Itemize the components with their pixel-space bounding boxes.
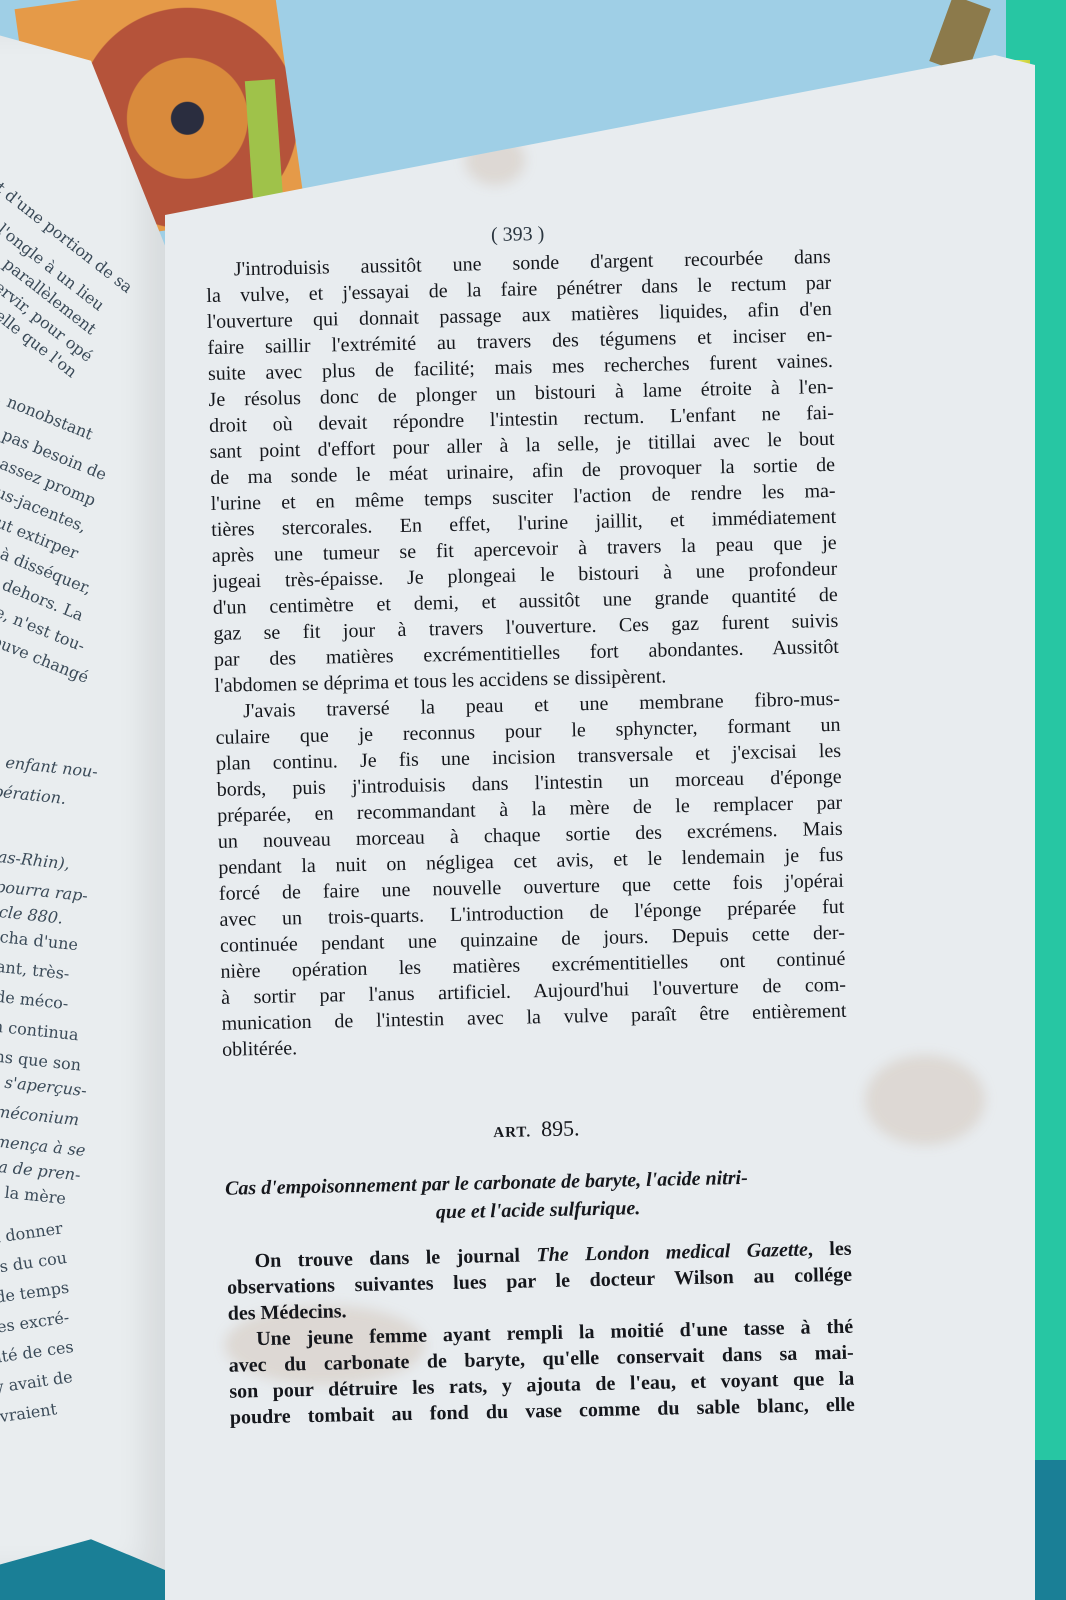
left-page-fragment: ntité de ces (0, 1337, 75, 1369)
paragraph-2: J'avais traversé la peau et une membrane… (215, 686, 847, 1063)
journal-title: The London medical Gazette (536, 1239, 808, 1267)
left-page-fragment: mmença à se (0, 1130, 86, 1160)
article-heading: ART.895. (224, 1110, 849, 1149)
left-page-fragment: eres excré- (0, 1308, 70, 1339)
left-page-fragment: nes du cou (0, 1248, 68, 1279)
article-number: 895. (541, 1115, 580, 1141)
left-page-fragment: un enfant nou- (0, 750, 99, 781)
left-page-fragment: n'y avait de (0, 1367, 74, 1399)
left-page-fragment: (Bas-Rhin), (0, 845, 71, 873)
left-page-fragment: n pourra rap- (0, 875, 89, 905)
article-label: ART. (493, 1124, 531, 1141)
left-page-fragment: ue la mère (0, 1180, 67, 1208)
left-page-fragment: usa de pren- (0, 1155, 81, 1184)
left-page-fragment: u méconium (0, 1100, 80, 1129)
left-page-text: nt d'une portion de sar l'ongle à un lie… (0, 30, 140, 1530)
foxing-stain (865, 1055, 985, 1145)
paragraph-4: Une jeune femme ayant rempli la moitié d… (228, 1314, 855, 1431)
left-page-fragment: lui donner (0, 1219, 64, 1249)
left-page-fragment: Opération. (0, 780, 67, 808)
left-page: nt d'une portion de sar l'ongle à un lie… (0, 30, 165, 1570)
left-page-fragment: u de temps (0, 1278, 70, 1309)
left-page-fragment: ouvraient (0, 1399, 58, 1429)
paragraph-3: On trouve dans le journal The London med… (226, 1236, 852, 1327)
left-page-fragment: li de méco- (0, 985, 69, 1013)
left-page-fragment: nfant, très- (0, 955, 70, 983)
left-page-fragment: rticle 880. (0, 900, 64, 928)
right-page-text: ( 393 ) J'introduisis aussitôt une sonde… (205, 217, 855, 1431)
paragraph-1: J'introduisis aussitôt une sonde d'argen… (206, 244, 840, 699)
left-page-fragment: On continua (0, 1015, 80, 1044)
foxing-stain (465, 135, 525, 185)
left-page-fragment: oucha d'une (0, 925, 79, 954)
left-page-fragment: ne s'aperçus- (0, 1070, 88, 1100)
left-page-fragment: oins que son (0, 1045, 82, 1075)
